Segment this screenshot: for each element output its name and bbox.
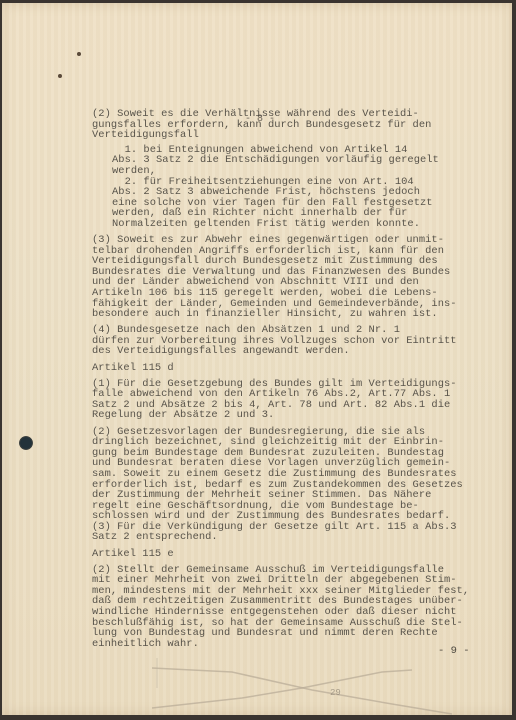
text-line: besondere auch in finanzieller Hinsicht,…: [92, 309, 502, 320]
paragraph: (2) Stellt der Gemeinsame Ausschuß im Ve…: [92, 565, 502, 650]
paragraph: (1) Für die Gesetzgebung des Bundes gilt…: [92, 379, 502, 421]
page-number-next: - 9 -: [438, 645, 470, 657]
paragraph: 1. bei Enteignungen abweichend von Artik…: [92, 145, 502, 230]
text-line: (2) Soweit es die Verhältnisse während d…: [92, 109, 502, 120]
text-line: Artikel 115 e: [92, 549, 502, 560]
text-line: Verteidigungsfall: [92, 130, 502, 141]
document-page: - 8 - (2) Soweit es die Verhältnisse wäh…: [2, 3, 512, 715]
text-line: Normalzeiten geltenden Frist tätig werde…: [92, 219, 502, 230]
punch-hole-dot-left: [58, 74, 62, 78]
paragraph: (4) Bundesgesetze nach den Absätzen 1 un…: [92, 325, 502, 357]
text-line: werden,: [92, 166, 502, 177]
text-line: Regelung der Absätze 2 und 3.: [92, 410, 502, 421]
paragraph: (2) Soweit es die Verhältnisse während d…: [92, 109, 502, 141]
punch-hole-dot-top: [77, 52, 81, 56]
article-heading: Artikel 115 e: [92, 549, 502, 560]
punch-hole: [19, 436, 33, 450]
text-line: Artikel 115 d: [92, 363, 502, 374]
text-line: Artikeln 106 bis 115 geregelt werden, wo…: [92, 288, 502, 299]
paragraph: (2) Gesetzesvorlagen der Bundesregierung…: [92, 427, 502, 544]
text-line: sam. Soweit zu einem Gesetz die Zustimmu…: [92, 469, 502, 480]
paragraph: (3) Soweit es zur Abwehr eines gegenwärt…: [92, 235, 502, 320]
handwritten-strike-marks: [152, 658, 452, 715]
article-heading: Artikel 115 d: [92, 363, 502, 374]
text-line: des Verteidigungsfalles angewandt werden…: [92, 346, 502, 357]
archive-stamp: 29: [330, 688, 341, 698]
text-line: Satz 2 entsprechend.: [92, 532, 502, 543]
document-body: (2) Soweit es die Verhältnisse während d…: [92, 109, 502, 649]
